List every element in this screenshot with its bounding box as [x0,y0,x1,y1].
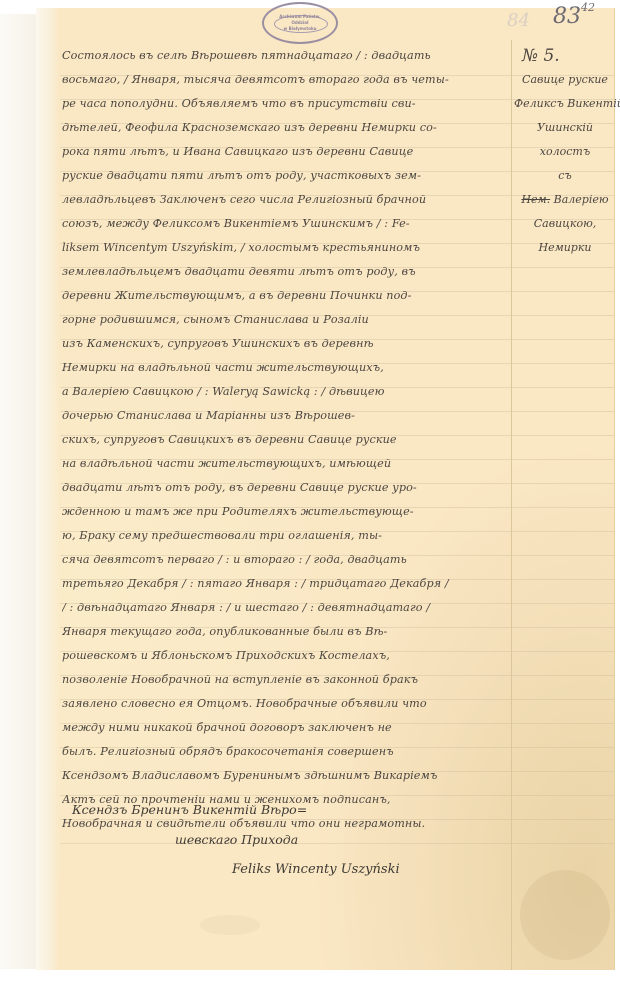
body-line: дочерью Станислава и Маріанны изъ Вѣроше… [62,404,510,428]
body-line: рошевскомъ и Яблоньскомъ Приходскихъ Кос… [62,644,510,668]
margin-note: № 5. Савице руские Феликсъ Викентій Ушин… [514,44,616,260]
folio-number: 8342 [553,4,595,29]
body-line: союзъ, между Феликсомъ Викентіемъ Ушинск… [62,212,510,236]
body-line: землевладѣльцемъ двадцати девяти лѣтъ от… [62,260,510,284]
body-line: былъ. Религіозный обрядъ бракосочетанія … [62,740,510,764]
margin-line: Феликсъ Викентій [514,92,616,116]
body-line: Ксендзомъ Владиславомъ Буренинымъ здѣшни… [62,764,510,788]
body-line: Немирки на владѣльной части жительствующ… [62,356,510,380]
margin-rule [511,40,512,970]
body-line: горне родившимся, сыномъ Станислава и Ро… [62,308,510,332]
body-line: заявлено словесно ея Отцомъ. Новобрачные… [62,692,510,716]
margin-line: Ушинскій [514,116,616,140]
body-line: двадцати лѣтъ отъ роду, въ деревни Савиц… [62,476,510,500]
margin-line-text: Валеріею [554,193,609,206]
body-line: Января текущаго года, опубликованные был… [62,620,510,644]
signature-block: Ксендзъ Бренинъ Викентій Вѣро= шевскаго … [60,795,510,885]
body-line: скихъ, супруговъ Савицкихъ въ деревни Са… [62,428,510,452]
archive-stamp: Archiwum Państw. Oddział w Białymstoku [262,2,338,44]
priest-signature-line-1: Ксендзъ Бренинъ Викентій Вѣро= [60,795,510,825]
margin-line: Немирки [514,236,616,260]
folio-main: 83 [553,4,581,29]
record-number: № 5. [514,44,616,68]
groom-signature: Feliks Wincenty Uszyński [60,855,510,885]
body-line: ре часа пополудни. Объявляемъ что въ при… [62,92,510,116]
body-line: третьяго Декабря / : пятаго Января : / т… [62,572,510,596]
margin-line: Савицкою, [514,212,616,236]
body-line: левладѣльцевъ Заключенъ сего числа Религ… [62,188,510,212]
body-line: сяча девятсотъ перваго / : и втораго : /… [62,548,510,572]
body-line: жденною и тамъ же при Родителяхъ жительс… [62,500,510,524]
body-line: позволеніе Новобрачной на вступленіе въ … [62,668,510,692]
paper-stain [200,915,260,935]
body-line: ю, Браку сему предшествовали три оглашен… [62,524,510,548]
body-line: восьмаго, / Января, тысяча девятсотъ вто… [62,68,510,92]
body-line: / : двѣнадцатаго Января : / и шестаго / … [62,596,510,620]
body-line: руские двадцати пяти лѣтъ отъ роду, учас… [62,164,510,188]
folio-superscript: 42 [581,1,595,14]
margin-line: холостъ [514,140,616,164]
struck-word: Нем. [521,193,550,206]
body-line: Состоялось въ селѣ Вѣрошевѣ пятнадцатаго… [62,44,510,68]
stamp-bottom-text: w Białymstoku [283,26,316,32]
body-line: liksem Wincentym Uszyńskim, / холостымъ … [62,236,510,260]
torn-left-edge [36,8,60,970]
old-folio-number: 84 [507,10,530,31]
body-line: дѣтелей, Феофила Красноземскаго изъ дере… [62,116,510,140]
margin-line: Нем. Валеріею [514,188,616,212]
body-line: между ними никакой брачной договоръ закл… [62,716,510,740]
margin-line: съ [514,164,616,188]
body-line: а Валеріею Савицкою / : Waleryą Sawicką … [62,380,510,404]
body-line: деревни Жительствующимъ, а въ деревни По… [62,284,510,308]
priest-signature-line-2: шевскаго Прихода [60,825,510,855]
margin-line: Савице руские [514,68,616,92]
body-line: на владѣльной части жительствующихъ, имѣ… [62,452,510,476]
body-line: изъ Каменскихъ, супруговъ Ушинскихъ въ д… [62,332,510,356]
body-line: рока пяти лѣтъ, и Ивана Савицкаго изъ де… [62,140,510,164]
paper-stain [520,870,610,960]
record-body: Состоялось въ селѣ Вѣрошевѣ пятнадцатаго… [62,44,510,836]
